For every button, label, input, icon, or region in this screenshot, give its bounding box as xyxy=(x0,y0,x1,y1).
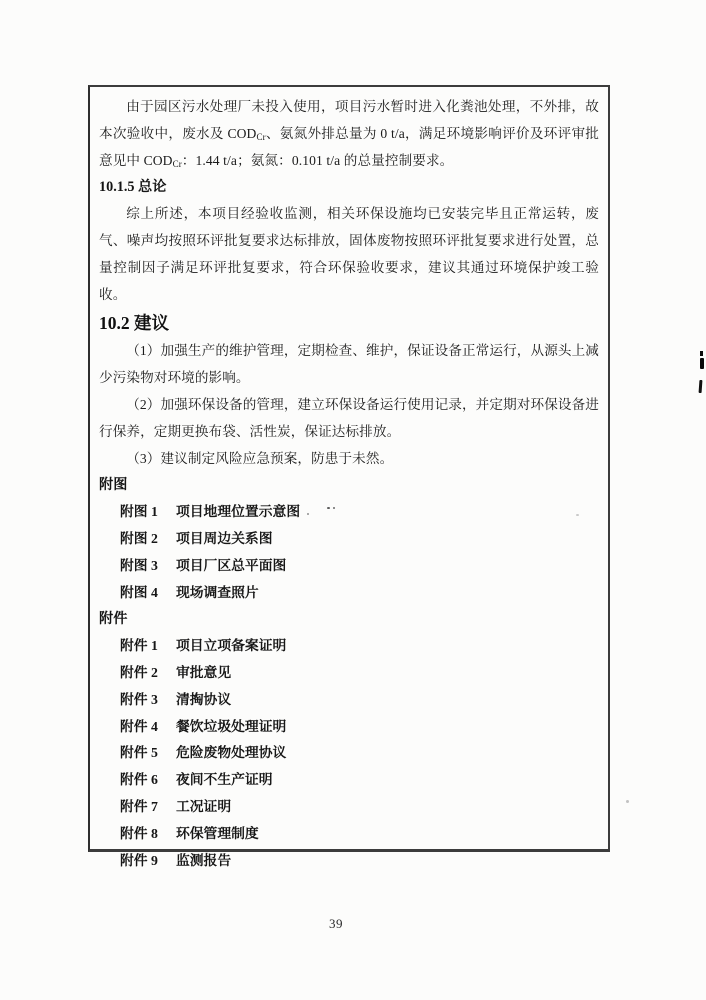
attachment-item: 附图 3项目厂区总平面图 xyxy=(120,553,599,580)
attachment-item-title: 危险废物处理协议 xyxy=(176,740,286,767)
attachment-item: 附件 1项目立项备案证明 xyxy=(120,633,599,660)
content-border-box: 由于园区污水处理厂未投入使用，项目污水暂时进入化粪池处理，不外排，故本次验收中，… xyxy=(88,85,610,852)
attachment-item-label: 附件 6 xyxy=(120,767,158,794)
attachment-item-title: 项目周边关系图 xyxy=(176,526,273,553)
attachment-item: 附图 2项目周边关系图 xyxy=(120,526,599,553)
page-number: 39 xyxy=(88,916,584,932)
attachment-item: 附件 9监测报告 xyxy=(120,848,599,875)
scanned-document-page: 由于园区污水处理厂未投入使用，项目污水暂时进入化粪池处理，不外排，故本次验收中，… xyxy=(0,0,706,1000)
attachment-item-title: 现场调查照片 xyxy=(176,580,259,607)
attachment-item-title: 项目立项备案证明 xyxy=(176,633,286,660)
attachment-item-label: 附件 5 xyxy=(120,740,158,767)
attachment-item-title: 审批意见 xyxy=(176,660,231,687)
scan-speck xyxy=(333,507,335,509)
attachment-item-label: 附图 2 xyxy=(120,526,158,553)
attachment-item-label: 附图 1 xyxy=(120,499,158,526)
scan-speck xyxy=(327,507,330,509)
attachment-item-label: 附图 4 xyxy=(120,580,158,607)
subsection-heading: 附件 xyxy=(99,606,599,633)
paragraph: （1）加强生产的维护管理，定期检查、维护，保证设备正常运行，从源头上减少污染物对… xyxy=(99,338,599,392)
subsection-heading: 10.1.5 总论 xyxy=(99,174,599,201)
paragraph: （3）建议制定风险应急预案，防患于未然。 xyxy=(99,446,599,473)
attachment-item: 附件 3清掏协议 xyxy=(120,687,599,714)
attachment-item-label: 附件 1 xyxy=(120,633,158,660)
paragraph: 综上所述，本项目经验收监测，相关环保设施均已安装完毕且正常运转，废气、噪声均按照… xyxy=(99,201,599,308)
subsection-heading: 附图 xyxy=(99,472,599,499)
attachment-item-label: 附件 3 xyxy=(120,687,158,714)
attachment-item-title: 环保管理制度 xyxy=(176,821,259,848)
section-heading: 10.2 建议 xyxy=(99,308,599,338)
attachment-item-title: 餐饮垃圾处理证明 xyxy=(176,714,286,741)
attachment-item: 附件 8环保管理制度 xyxy=(120,821,599,848)
paragraph: 由于园区污水处理厂未投入使用，项目污水暂时进入化粪池处理，不外排，故本次验收中，… xyxy=(99,94,599,174)
attachment-item: 附件 6夜间不生产证明 xyxy=(120,767,599,794)
document-body: 由于园区污水处理厂未投入使用，项目污水暂时进入化粪池处理，不外排，故本次验收中，… xyxy=(99,94,599,874)
attachment-item: 附图 1项目地理位置示意图 xyxy=(120,499,599,526)
attachment-item-label: 附图 3 xyxy=(120,553,158,580)
scan-edge-artifact xyxy=(700,351,703,356)
attachment-item-title: 监测报告 xyxy=(176,848,231,875)
attachment-item-label: 附件 7 xyxy=(120,794,158,821)
scan-edge-artifact xyxy=(700,358,704,369)
attachment-item-label: 附件 4 xyxy=(120,714,158,741)
scan-speck xyxy=(626,800,629,803)
attachment-item: 附图 4现场调查照片 xyxy=(120,580,599,607)
attachment-item: 附件 7工况证明 xyxy=(120,794,599,821)
attachment-item: 附件 2审批意见 xyxy=(120,660,599,687)
attachment-item-title: 项目地理位置示意图 xyxy=(176,499,300,526)
attachment-item-label: 附件 8 xyxy=(120,821,158,848)
paragraph: （2）加强环保设备的管理，建立环保设备运行使用记录，并定期对环保设备进行保养，定… xyxy=(99,392,599,446)
scan-speck xyxy=(576,514,579,516)
attachment-item-title: 工况证明 xyxy=(176,794,231,821)
attachment-item-label: 附件 2 xyxy=(120,660,158,687)
attachment-item-title: 项目厂区总平面图 xyxy=(176,553,286,580)
attachment-item: 附件 4餐饮垃圾处理证明 xyxy=(120,714,599,741)
attachment-item: 附件 5危险废物处理协议 xyxy=(120,740,599,767)
attachment-item-label: 附件 9 xyxy=(120,848,158,875)
scan-edge-artifact xyxy=(699,380,703,393)
attachment-item-title: 清掏协议 xyxy=(176,687,231,714)
attachment-item-title: 夜间不生产证明 xyxy=(176,767,273,794)
scan-speck xyxy=(307,513,309,515)
